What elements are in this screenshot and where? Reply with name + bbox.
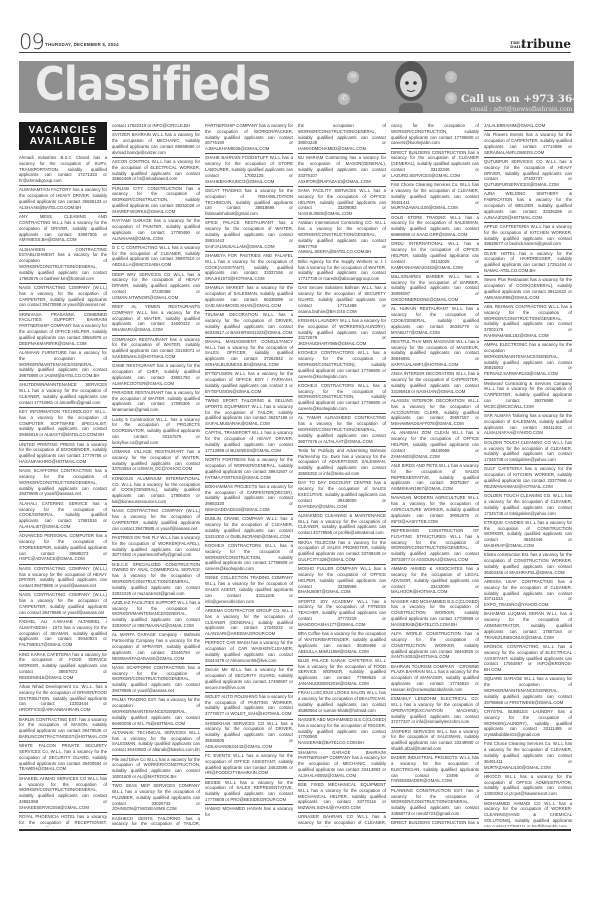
classified-ad: NASSER ABD MOHAMMED B.S.C(CLOSED) has a …: [391, 598, 479, 630]
column-2: contact 17822210 or INFO@CIRCLE.BHSVITZE…: [112, 122, 200, 827]
classified-ad: the occupation of WORKER/CONSTRUCTION/GE…: [298, 122, 386, 154]
brand-prefix: THE DAILY: [510, 41, 520, 49]
classified-ad: SQUARE GARAGE W.L.L has a vacancy for th…: [484, 675, 572, 707]
classified-ad: AMPAL ELECTRONIC has a vacancy for the o…: [484, 341, 572, 379]
classified-ad: ABIL REHMAN CONTRACTING W.L.L has a vaca…: [484, 303, 572, 341]
classified-ad: RESTFUL THAI MEN MASSAGE W.L.L has a vac…: [391, 338, 479, 370]
classified-ad: GAS Secure Solutions Bahrain W.L.L has a…: [298, 284, 386, 316]
classified-ad: ALMAKMOD CLEANING & MAINTENANCE W.L.L ha…: [298, 512, 386, 539]
classified-ad: KOOHEJI CONTRACTORS W.L.L has a vacancy …: [298, 382, 386, 414]
classified-ad: AL TAMAR ALRASHEED CONTRACTING has a vac…: [298, 414, 386, 446]
classified-ad: APPLE CAFTEETERIA W.L.L has a vacancy fo…: [484, 223, 572, 250]
classified-ad: OLIVE HOTEL has a vacancy for the occupa…: [484, 250, 572, 277]
column-6: JALALEBRAHIM@GMAIL.COMAla Flowers Events…: [484, 122, 572, 827]
classified-ad: TWINS SPORT TAILORING & SELLING SPORTS E…: [205, 397, 293, 429]
classified-ad: DIRECT BUILDERS CONSTRUCTION has a vacan…: [391, 819, 479, 827]
classified-ad: Tesla for Publicity and Advertising Bahr…: [298, 447, 386, 479]
classified-ad: NASS CONTRACTING COMPANY (W.L.L) has a v…: [19, 565, 107, 592]
classified-ad: BAHAMAD LUQMAN DERAN W.L.L has a vacancy…: [484, 610, 572, 642]
call-number: Call us on +973 36458394: [461, 93, 574, 105]
section-heading-line-2: AVAILABLE: [19, 136, 107, 147]
column-1: VACANCIES AVAILABLE Ahmadi Industries B.…: [19, 122, 107, 827]
classified-ad: JASPERO SERVICES W.L.L has a vacancy for…: [391, 728, 479, 755]
section-heading-line-1: VACANCIES: [19, 125, 107, 136]
classified-ad: ALMANAMTAIN FACTORY has a vacancy for th…: [19, 186, 107, 213]
classified-ad: Lucky 5 Construction W.L.L. has a vacanc…: [112, 416, 200, 448]
contact-email: email : advt@newsofbahrain.com: [471, 106, 572, 113]
classified-ad: SANA FACILITY SERVICES W.L.L has a vacan…: [298, 187, 386, 219]
classified-ad: KRONOS CONTRACTING W.L.L has a vacancy f…: [484, 643, 572, 675]
classified-ad: NASS CONTRACTING COMPANY (W.L.L) has a v…: [112, 507, 200, 534]
classified-ad: Secure Me W.L.L has a vacancy for the oc…: [205, 666, 293, 693]
classified-ad: ALAMAAN FURNITURE has a vacancy for the …: [19, 349, 107, 381]
classified-ad: KONEXUS ALUMINIUM INTERNATIONAL CO. W.L.…: [112, 475, 200, 507]
classified-ad: HAMAD MOHAMED HASAN has a vacancy for: [205, 805, 293, 819]
classified-ad: Medwood Contracting & Services Company W…: [484, 380, 572, 412]
classified-ad: FADHEL ALI A.WAHAB ALTAWEEL / ALMATAEESH…: [19, 618, 107, 650]
classified-ad: ALSHAHEEN CONTRACTING ESTABLISHMENT has …: [19, 246, 107, 284]
classified-ad: KOOHEJI CONTRACTORS W.L.L has a vacancy …: [298, 349, 386, 381]
column-3: PARTNERSHIP COMPANY has a vacancy for th…: [205, 122, 293, 827]
classified-ad: AREEMA CONTRACTOR GROUP CO. W.L.L has a …: [205, 607, 293, 639]
classified-ad: SHOBIKHAN SERVICES CO W.L.L has a vacanc…: [205, 720, 293, 752]
classified-ad: BRA Coffee has a vacancy for the occupat…: [298, 630, 386, 657]
classified-ad: USMANS VILLAGE RESTAURANT has a vacancy …: [112, 448, 200, 475]
classified-ad: BU MARIAM Contracting has a vacancy for …: [298, 154, 386, 186]
classified-ad: ALAHALI CATERING SERVICE has a vacancy f…: [19, 500, 107, 532]
classified-ad: ETRIQUE CANDIES W.L.L has a vacancy for …: [484, 519, 572, 551]
classified-ad: ANSA INTERIOR DECORATION W.L.L has a vac…: [391, 370, 479, 397]
classified-ad: PERFECT CAR WASH has a vacancy for the o…: [205, 639, 293, 666]
classified-ad: SHAMILA MARKET has a vacancy for the occ…: [205, 284, 293, 311]
classified-ad: KASHECH GENTS TAILORING has a vacancy fo…: [112, 815, 200, 827]
page-date: THURSDAY, DECEMBER 5, 2024: [45, 42, 119, 47]
classified-ad: WHITE FALCON PRIVATE SECURITY SERVICES C…: [19, 742, 107, 774]
classified-ad: SVITZER BAHRAIN W.L.L has a vacancy for …: [112, 131, 200, 158]
banner-title: Classifieds: [35, 61, 270, 111]
phone-icon: ✆: [338, 93, 350, 105]
classified-ad: SRINIVASA PRASANNA COMBINED FACILITIES S…: [19, 311, 107, 349]
classified-ad: BAHRAIN TOURISM COMPANY - CROWNE PLAZA B…: [391, 663, 479, 695]
classified-ad: FRAH LUSCIOUS LOOKS SALON W.L.L has a va…: [298, 689, 386, 716]
classified-ad: NASS CONTRACTING COMPANY (W.L.L) has a v…: [19, 284, 107, 311]
classified-ad: ANY MESS CLEANING AND CONTRACTING W.L.L …: [19, 213, 107, 245]
classified-ad: BSB FIXED MECHANICAL EQUIPMENT W.L.L has…: [298, 781, 386, 813]
classified-ad: QUTUBPUR SERVICES CO W.L.L has a vacancy…: [484, 158, 572, 190]
classified-ad: UNITED PRINTING PRESS has a vacancy for …: [19, 441, 107, 468]
classified-ad: CRYSTAL BUBBLES LAUNDRY has a vacancy fo…: [484, 708, 572, 740]
classified-ad: ASCON CONTROL W.L.L has a vacancy for th…: [112, 158, 200, 185]
classified-ad: ROYAL PHOENICIA HOTEL has a vacancy for …: [19, 813, 107, 827]
classified-ad: ANJI BIRDS AND PETS W.L.L has a vacancy …: [391, 462, 479, 494]
classified-ad: TWO SEAS MEP SERVICES COMPANY W.L.L has …: [112, 782, 200, 814]
classified-ad: GOLDEN TOUCH CLEANING CO. W.L.L has a va…: [484, 492, 572, 519]
classified-ad: MILLIONAIRES BARBER W.L.L has a vacancy …: [391, 273, 479, 305]
classified-ad: SHAMEYA FOR PASTRIES AND FALAFEL W.L.L h…: [205, 252, 293, 284]
classified-ad: MOSHO FULLER COMPANY W.L.L has a vacancy…: [298, 565, 386, 597]
brand-logo: THE DAILYtribune: [510, 37, 571, 51]
classified-ad: PLANNING CONSTRUCTION EST. has a vacancy…: [391, 787, 479, 819]
classified-ad: MAHAIL MANAGEMENT CONSULTANCY W.L.L has …: [205, 338, 293, 370]
classified-ad: BLUE PALACE KARAK CAFETERIA W.L.L has a …: [298, 657, 386, 689]
classified-ad: KOOHEJI CONTRACTORS W.L.L has a vacancy …: [205, 542, 293, 574]
classified-ad: URNASER BAHRAIN CO W.L.L has a vacancy f…: [298, 813, 386, 827]
mobile-icon: ▯: [445, 71, 457, 83]
page-number: 09: [19, 30, 44, 54]
classified-ad: BARLIN CONTRACTING EST. has a vacancy fo…: [19, 716, 107, 743]
classified-ad: HIKOCO W.L.L has a vacancy for the occup…: [484, 773, 572, 800]
classified-ad: Brilio Agency for the Supply Workers w. …: [298, 258, 386, 285]
classified-ad: GENIE COLLECTION TRADING COMPANY W.L.L h…: [205, 574, 293, 606]
classified-ad: CAPITAL TRANSPORT W.L.L has a vacancy fo…: [205, 429, 293, 456]
classified-ad: ADVANCED PERSONAL COMPUTER has a vacancy…: [19, 532, 107, 564]
classified-ad: REEF AL YEMEN RESTAURANTS COMPANY W.L.L …: [112, 303, 200, 335]
classified-ad: WOLET AUTO POLISHING has a vacancy for t…: [205, 693, 293, 720]
classified-ad: GOLD STORE TRADING W.L.L has a vacancy f…: [391, 214, 479, 241]
classified-ad: AJNA WELDING SMITHERY & FABRICATION has …: [484, 190, 572, 222]
classified-ad: FC EVENTS W.L.L has a vacancy for the oc…: [205, 752, 293, 779]
classified-ad: AL HURAIN RESTAURANT W.L.L has a vacancy…: [391, 305, 479, 337]
classified-ad: BESIDE W.L.L has a vacancy for the occup…: [205, 779, 293, 806]
classified-ad: SAR ALMAYA Tailoring has a vacancy for t…: [484, 412, 572, 439]
globe-icon: ◎: [445, 92, 457, 104]
column-4: the occupation of WORKER/CONSTRUCTION/GE…: [298, 122, 386, 827]
mail-icon: ✉: [347, 71, 359, 83]
classified-ad: Arkan Nihad Development Co. W.L.L. has a…: [19, 683, 107, 715]
header-divider: [19, 52, 571, 53]
classified-ad: Seven Plus Restaurant has a vacancy for …: [484, 276, 572, 303]
classified-ad: BADER INDUSTRIAL PROJECTS W.L.L has a va…: [391, 754, 479, 786]
classified-ad: First Choice Cleaning Services Co. W.L.L…: [391, 181, 479, 213]
classified-ad: SPORTZ JOY ACADEMY W.L.L has a vacancy f…: [298, 598, 386, 630]
column-5: cancy for the occupation of WORKER/CONST…: [391, 122, 479, 827]
classified-ad: PARTNERSHIP COMPANY has a vacancy for th…: [205, 122, 293, 154]
classified-ad: NORTH FORTRESS has a vacancy for the occ…: [205, 456, 293, 483]
classified-ad: ARESSA LEAF CONTRACTING has a vacancy fo…: [484, 578, 572, 610]
footer-divider: [19, 829, 571, 831]
classified-ad: D C C CONTRACTING W.L.L has a vacancy fo…: [112, 244, 200, 271]
classified-ad: NASS SCAFFORM CONTRACTING has a vacancy …: [112, 664, 200, 696]
classified-ad: DIRECT BUILDERS CONSTRUCTION has a vacan…: [391, 149, 479, 181]
classified-ad: AZIZLIAZ FACILITIES SUPPORT W.L.L has a …: [112, 599, 200, 631]
classifieds-banner: Classifieds ✉ ✆ ▯ ◎ Call us on +973 3645…: [19, 61, 574, 113]
classified-ad: ALASSIS INTERIOR DECORATION W.L.L has a …: [391, 397, 479, 429]
classified-ad: GECAT TRADING has a vacancy for the occu…: [205, 187, 293, 219]
classified-ad: SHAKEEL AHMAD SERVICES CO W.L.L has a va…: [19, 775, 107, 813]
classified-ad: SPICE PALACE RESTAURANT has a vacancy fo…: [205, 219, 293, 251]
classified-ad: JALALEBRAHIM@GMAIL.COM: [484, 122, 572, 131]
classified-ad: AMMAD AHMED & ASSOCIATES has a vacancy f…: [391, 565, 479, 597]
section-heading: VACANCIES AVAILABLE: [19, 122, 107, 150]
classified-ad: Arabian International Contracting CO. W.…: [298, 219, 386, 257]
classified-ad: NAVAGAN MODERN AGRICULTURE W.L.L has a v…: [391, 494, 479, 526]
classified-ad: BYTEFUSION W.L.L has a vacancy for the o…: [205, 370, 293, 397]
classified-ad: DAY TO DAY DISCOUNT CENTRE has a vacancy…: [298, 479, 386, 511]
classified-ad: KING KARAK CAFETERIA has a vacancy for t…: [19, 651, 107, 683]
classified-ad: NIKKIA TELECOM has a vacancy for the occ…: [298, 539, 386, 566]
classified-ad: GAME RESTAURANT has a vacancy for the oc…: [112, 362, 200, 389]
operator-illustration-icon: [390, 61, 432, 113]
classified-ad: PALMA TRADING EST. has a vacancy for the…: [112, 696, 200, 728]
classified-ad: PASTRIES ON THE FLY W.L.L has a vacancy …: [112, 534, 200, 561]
classified-ad: COMRANZA RESTAURANT has a vacancy for th…: [112, 336, 200, 363]
classified-ad: MOHAMMED AHMADI CO W.L.L has a vacancy f…: [484, 800, 572, 827]
classified-ad: ORDU INTERNATIONAL W.L.L has a vacancy f…: [391, 240, 479, 272]
classified-ad: ESMAELY LENZOHM ELECTRICAL CO. W.L.L has…: [391, 695, 479, 727]
classified-ad: Elistra construction Est. has a vacancy …: [484, 551, 572, 578]
classified-ad: BOKHAMMAS PROJECTS has a vacancy for the…: [205, 483, 293, 515]
classified-ad: ALTANNAK TECHNICAL SERVICES W.L.L has a …: [112, 729, 200, 756]
classified-ad: SHUTDOWN/MAINTENANCE SERVICES W.L.L has …: [19, 381, 107, 408]
classified-ad: First Choice Cleaning Services Co. W.L.L…: [484, 740, 572, 772]
classified-ad: NASS SCAFFORM CONTRACTING has a vacancy …: [19, 467, 107, 499]
classified-ad: NASS CONTRACTING COMPANY (W.L.L) has a v…: [19, 591, 107, 618]
classified-ad: REFRESHING CONSTRUCTION OF FLOATING STRU…: [391, 527, 479, 565]
classified-ad: AL ANABIAH ZOM CLEAN W.L.L has a vacancy…: [391, 429, 479, 461]
classified-ad: RAYYAMI GARAGE has a vacancy for the occ…: [112, 217, 200, 244]
classified-ad: PARADISE RESTAURANT has a vacancy for th…: [112, 389, 200, 416]
classified-ad: KEY INFORMATION TECHNOLOGY W.L.L. has a …: [19, 408, 107, 440]
classified-ad: M.B.C.E SPECIALIZED CONSTRUCTION OWNED B…: [112, 561, 200, 599]
classified-ad: SHAHE BAHRAIN FOODSTUFF W.L.L has a vaca…: [205, 154, 293, 186]
classified-ad: contact 17822210 or INFO@CIRCLE.BH: [112, 122, 200, 131]
brand-name: tribune: [521, 37, 571, 51]
classified-ad: TSUNAMI DECORATION W.L.L has a vacancy f…: [205, 311, 293, 338]
classified-ad: NASSER ABD MOHAMMED B.S.C(CLOSED) has a …: [298, 716, 386, 748]
classified-ad: Ahmadi Industries B.S.C Closed has a vac…: [19, 154, 107, 186]
classified-ad: Pile and Drive Co W.L.L has a vacancy fo…: [112, 756, 200, 783]
classified-ad: KRISHNA LAUNDRY W.L.L has a vacancy for …: [298, 317, 386, 349]
page-header: 09 THURSDAY, DECEMBER 5, 2024: [19, 30, 271, 52]
classified-ad: SHAMIYA GARAGE BAHRAINI PARTNERSHIP COMP…: [298, 749, 386, 781]
classified-ad: DEEP WAY SERVICES CO W.L.L has a vacancy…: [112, 271, 200, 303]
classified-ad: DUBLIN CRANE COMPANY W.L.L has a vacancy…: [205, 515, 293, 542]
classified-ad: GULF CAFETERIA has a vacancy for the occ…: [484, 465, 572, 492]
classified-ad: PUNJAB CITY CONSTRUCTION has a vacancy f…: [112, 185, 200, 217]
classified-ad: ALFA WORLD CONSTRUCTION has a vacancy fo…: [391, 630, 479, 662]
classified-ad: AL MARFA GARAGE Company - Bahraini Partn…: [112, 631, 200, 663]
classified-ad: Ala Flowers Events has a vacancy for the…: [484, 131, 572, 158]
classified-ad: GOLDEN TOUCH CLEANING CO W.L.L has a vac…: [484, 439, 572, 466]
classified-ad: cancy for the occupation of WORKER/CONST…: [391, 122, 479, 149]
classifieds-columns: VACANCIES AVAILABLE Ahmadi Industries B.…: [19, 122, 574, 827]
